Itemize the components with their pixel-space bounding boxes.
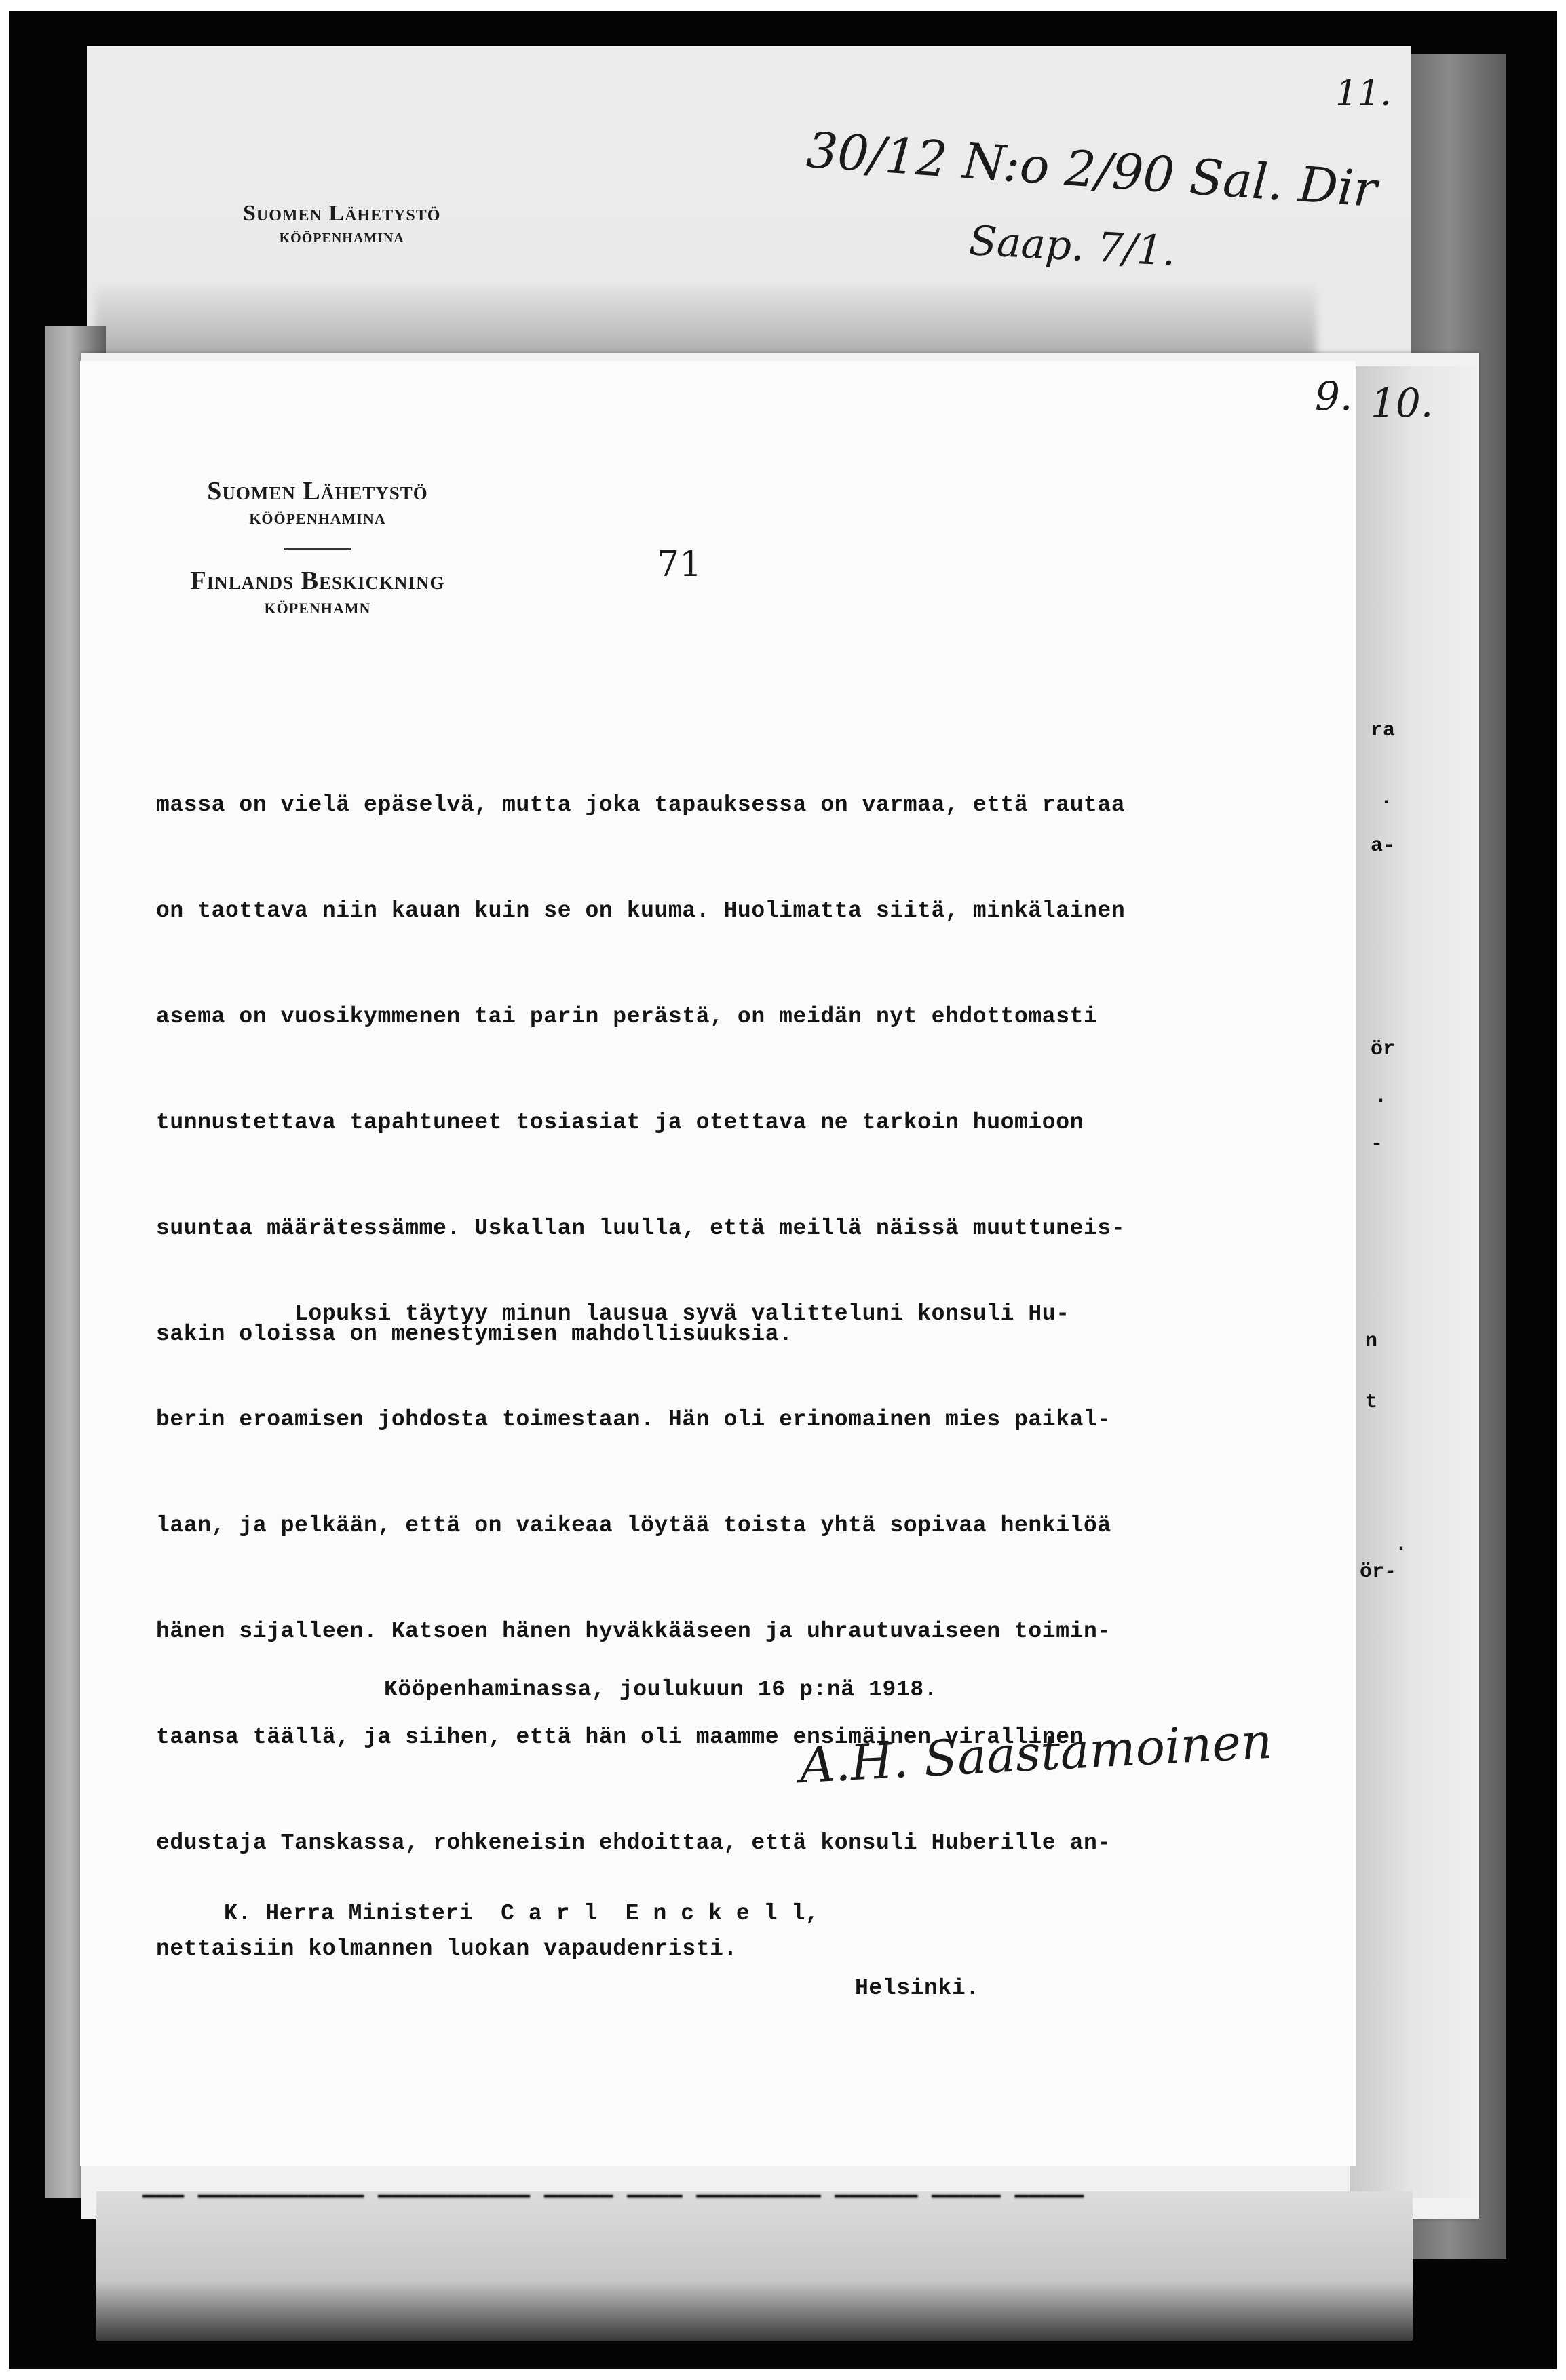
text-line: tunnustettava tapahtuneet tosiasiat ja o… xyxy=(156,1095,1125,1151)
handwritten-received-note: Saap. 7/1. xyxy=(968,217,1177,275)
rear-letterhead-city: KÖÖPENHAMINA xyxy=(243,231,440,246)
margin-fragment: a- xyxy=(1371,834,1395,858)
letterhead-finnish-city: KÖÖPENHAMINA xyxy=(148,510,487,528)
letterhead-divider xyxy=(284,548,351,550)
text-line: Lopuksi täytyy minun lausua syvä valitte… xyxy=(156,1286,1111,1342)
text-line: asema on vuosikymmenen tai parin perästä… xyxy=(156,989,1125,1045)
text-line: laan, ja pelkään, että on vaikeaa löytää… xyxy=(156,1498,1111,1554)
addressee: K. Herra Ministeri C a r l E n c k e l l… xyxy=(224,1901,819,1926)
middle-page-number: 10. xyxy=(1371,380,1433,426)
margin-fragment: ör- xyxy=(1360,1560,1396,1584)
text-line: edustaja Tanskassa, rohkeneisin ehdoitta… xyxy=(156,1816,1111,1871)
letterhead-swedish-name: Finlands Beskickning xyxy=(148,566,487,596)
text-line: nettaisiin kolmannen luokan vapaudenrist… xyxy=(156,1921,1111,1977)
addressee-city: Helsinki. xyxy=(855,1976,980,2001)
margin-fragment: - xyxy=(1371,1133,1383,1156)
page-shadow xyxy=(95,285,1316,360)
middle-page-visible-margin: 10. ra . a- ör . - n t . ör- xyxy=(1350,366,1479,2198)
rear-page-number: 11. xyxy=(1335,73,1392,114)
rear-letterhead-name: Suomen Lähetystö xyxy=(243,201,440,227)
margin-fragment: . xyxy=(1380,787,1392,810)
letter-page-number: 9. xyxy=(1315,373,1352,419)
letterhead-swedish-city: KÖPENHAMN xyxy=(148,600,487,617)
margin-fragment: n xyxy=(1365,1330,1377,1353)
text-line: berin eroamisen johdosta toimestaan. Hän… xyxy=(156,1392,1111,1448)
letterhead: Suomen Lähetystö KÖÖPENHAMINA Finlands B… xyxy=(148,476,487,617)
handwritten-folio-mark: 71 xyxy=(657,544,702,585)
handwritten-registry-note: 30/12 N:o 2/90 Sal. Dir xyxy=(805,121,1379,218)
margin-fragment: . xyxy=(1395,1533,1407,1556)
text-line: on taottava niin kauan kuin se on kuuma.… xyxy=(156,883,1125,939)
letterhead-finnish-name: Suomen Lähetystö xyxy=(148,476,487,506)
margin-fragment: t xyxy=(1365,1391,1377,1414)
place-and-date: Kööpenhaminassa, joulukuun 16 p:nä 1918. xyxy=(384,1677,938,1702)
margin-fragment: ör xyxy=(1371,1038,1395,1061)
text-line: hänen sijalleen. Katsoen hänen hyväkkääs… xyxy=(156,1604,1111,1659)
margin-fragment: . xyxy=(1375,1086,1387,1109)
cut-off-text-line: ▀▀▀ ▀▀▀▀▀▀▀▀▀▀▀▀ ▀▀▀▀▀▀▀▀▀▀▀ ▀▀▀▀▀ ▀▀▀▀ … xyxy=(142,2195,1364,2211)
margin-fragment: ra xyxy=(1371,719,1395,742)
rear-letterhead: Suomen Lähetystö KÖÖPENHAMINA xyxy=(243,201,440,246)
letter-page: 9. Suomen Lähetystö KÖÖPENHAMINA Finland… xyxy=(80,361,1356,2166)
lower-page xyxy=(96,2191,1413,2341)
text-line: massa on vielä epäselvä, mutta joka tapa… xyxy=(156,778,1125,833)
